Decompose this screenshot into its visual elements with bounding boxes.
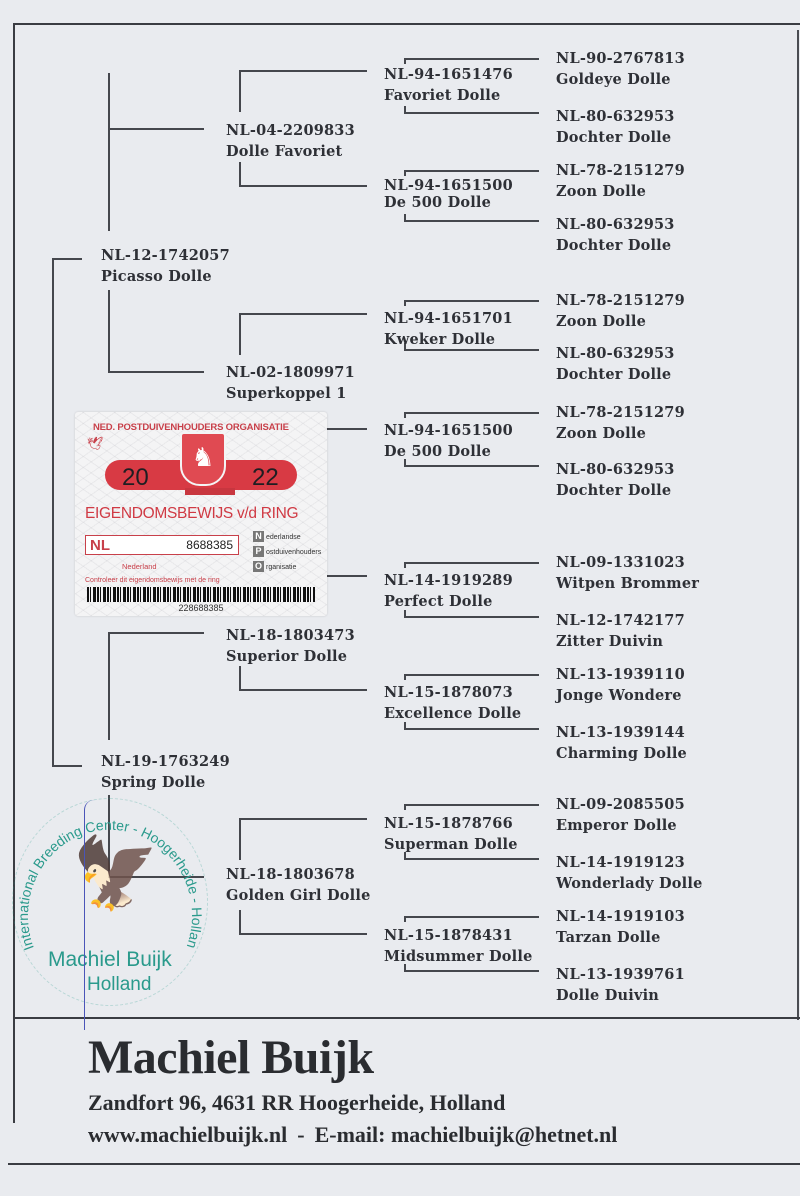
website-link[interactable]: www.machielbuijk.nl: [88, 1122, 287, 1147]
breeder-stamp: International Breeding Center - Hoogerhe…: [12, 798, 208, 1006]
pedigree-great-grandparent: NL-94-1651500 De 500 Dolle: [384, 177, 513, 211]
pedigree-ancestor: NL-13-1939110Jonge Wondere: [556, 664, 685, 706]
bird-name: Excellence Dolle: [384, 703, 521, 724]
ring-number: NL-94-1651476: [384, 64, 513, 85]
pedigree-ancestor: NL-78-2151279Zoon Dolle: [556, 402, 685, 444]
pedigree-great-grandparent: NL-15-1878766 Superman Dolle: [384, 813, 518, 855]
bird-name: Dochter Dolle: [556, 364, 675, 385]
contact-separator: -: [297, 1122, 304, 1147]
ring-number: NL-18-1803678: [226, 864, 371, 885]
pedigree-ancestor: NL-13-1939144Charming Dolle: [556, 722, 687, 764]
pedigree-ancestor: NL-80-632953Dochter Dolle: [556, 214, 675, 256]
connector-line: [404, 916, 406, 922]
npo-letter: N: [253, 531, 264, 542]
ring-number: NL-12-1742057: [101, 245, 230, 266]
bird-name: Tarzan Dolle: [556, 927, 685, 948]
connector-line: [239, 818, 367, 820]
bird-name: Jonge Wondere: [556, 685, 685, 706]
connector-line: [239, 313, 241, 355]
bird-name: Superior Dolle: [226, 646, 355, 667]
connector-line: [239, 666, 241, 690]
connector-line: [239, 818, 241, 860]
pedigree-ancestor: NL-80-632953Dochter Dolle: [556, 459, 675, 501]
connector-line: [239, 313, 367, 315]
connector-line: [404, 465, 539, 467]
ring-number: NL-02-1809971: [226, 362, 355, 383]
connector-line: [404, 170, 539, 172]
bird-name: Kweker Dolle: [384, 329, 513, 350]
ring-number: NL-78-2151279: [556, 290, 685, 311]
pedigree-ancestor: NL-90-2767813Goldeye Dolle: [556, 48, 685, 90]
connector-line: [404, 412, 539, 414]
bird-name: Zitter Duivin: [556, 631, 685, 652]
ring-number: NL-09-1331023: [556, 552, 699, 573]
ring-ownership-card: NED. POSTDUIVENHOUDERS ORGANISATIE 🕊 ♞ 2…: [75, 412, 327, 616]
pedigree-great-grandparent: NL-94-1651476 Favoriet Dolle: [384, 64, 513, 106]
bird-name: Superkoppel 1: [226, 383, 355, 404]
pedigree-ancestor: NL-09-2085505Emperor Dolle: [556, 794, 685, 836]
barcode-number: 228688385: [75, 603, 327, 613]
bird-name: Spring Dolle: [101, 772, 230, 793]
connector-line: [404, 112, 539, 114]
connector-line: [239, 910, 241, 934]
npo-text: ostduivenhouders: [266, 549, 321, 556]
connector-line: [404, 858, 539, 860]
bird-name: Dochter Dolle: [556, 127, 675, 148]
pedigree-ancestor: NL-78-2151279Zoon Dolle: [556, 290, 685, 332]
breeder-contact: www.machielbuijk.nl-E-mail: machielbuijk…: [88, 1122, 617, 1148]
pedigree-ancestor: NL-14-1919123Wonderlady Dolle: [556, 852, 703, 894]
card-ring-number: 8688385: [186, 538, 233, 552]
pedigree-great-grandparent: NL-15-1878073 Excellence Dolle: [384, 682, 521, 724]
bird-name: Witpen Brommer: [556, 573, 699, 594]
pedigree-ancestor: NL-80-632953Dochter Dolle: [556, 106, 675, 148]
npo-text: ederlandse: [266, 534, 301, 541]
npo-letter: O: [253, 561, 264, 572]
connector-line: [404, 300, 406, 306]
connector-line: [404, 804, 539, 806]
bird-name: Midsummer Dolle: [384, 946, 533, 967]
bird-name: Emperor Dolle: [556, 815, 685, 836]
bird-name: Dochter Dolle: [556, 235, 675, 256]
connector-line: [404, 300, 539, 302]
ring-number: NL-18-1803473: [226, 625, 355, 646]
connector-line: [404, 728, 539, 730]
pedigree-sire: NL-12-1742057 Picasso Dolle: [101, 245, 230, 287]
npo-line: Nederlandse: [253, 531, 301, 542]
bird-name: Dolle Duivin: [556, 985, 685, 1006]
breeder-name: Machiel Buijk: [88, 1030, 374, 1085]
frame-right-edge: [797, 30, 799, 1020]
pedigree-ancestor: NL-09-1331023Witpen Brommer: [556, 552, 699, 594]
ring-number: NL-19-1763249: [101, 751, 230, 772]
card-title: EIGENDOMSBEWIJS v/d RING: [85, 505, 298, 523]
ring-number: NL-94-1651500: [384, 177, 513, 194]
pedigree-great-grandparent: NL-14-1919289 Perfect Dolle: [384, 570, 513, 612]
footer-divider: [13, 1017, 800, 1019]
dove-icon: 🕊: [87, 436, 104, 452]
bird-name: Goldeye Dolle: [556, 69, 685, 90]
pedigree-ancestor: NL-80-632953Dochter Dolle: [556, 343, 675, 385]
lion-crest-icon: ♞: [180, 432, 226, 486]
bottom-divider: [8, 1163, 800, 1165]
connector-line: [239, 933, 367, 935]
bird-name: Superman Dolle: [384, 834, 518, 855]
connector-line: [239, 689, 367, 691]
ring-number: NL-80-632953: [556, 214, 675, 235]
barcode: [87, 587, 315, 602]
connector-line: [108, 632, 110, 740]
card-ring-box: NL 8688385: [85, 535, 239, 555]
ring-number: NL-94-1651500: [384, 420, 513, 441]
ring-number: NL-13-1939144: [556, 722, 687, 743]
bird-name: De 500 Dolle: [384, 441, 513, 462]
ring-number: NL-13-1939761: [556, 964, 685, 985]
npo-letter: P: [253, 546, 264, 557]
bird-name: Charming Dolle: [556, 743, 687, 764]
ring-number: NL-80-632953: [556, 459, 675, 480]
connector-line: [325, 575, 367, 577]
bird-name: De 500 Dolle: [384, 194, 513, 211]
connector-line: [404, 674, 406, 680]
bird-name: Zoon Dolle: [556, 311, 685, 332]
card-nederland-label: Nederland: [122, 562, 157, 571]
email-label: E-mail:: [315, 1122, 386, 1147]
pedigree-great-grandparent: NL-15-1878431 Midsummer Dolle: [384, 925, 533, 967]
connector-line: [108, 73, 110, 231]
card-country: NL: [90, 537, 110, 554]
connector-line: [325, 428, 367, 430]
ring-number: NL-14-1919103: [556, 906, 685, 927]
connector-line: [108, 128, 204, 130]
connector-line: [404, 170, 406, 176]
connector-line: [52, 258, 54, 766]
ring-number: NL-78-2151279: [556, 160, 685, 181]
connector-line: [404, 220, 539, 222]
connector-line: [404, 412, 406, 418]
npo-text: rganisatie: [266, 564, 296, 571]
connector-line: [239, 70, 367, 72]
pedigree-ancestor: NL-13-1939761Dolle Duivin: [556, 964, 685, 1006]
connector-line: [108, 632, 204, 634]
ring-number: NL-94-1651701: [384, 308, 513, 329]
bird-name: Dolle Favoriet: [226, 141, 355, 162]
ring-number: NL-13-1939110: [556, 664, 685, 685]
pedigree-great-grandparent: NL-94-1651500 De 500 Dolle: [384, 420, 513, 462]
ring-number: NL-80-632953: [556, 343, 675, 364]
pedigree-grandparent: NL-04-2209833 Dolle Favoriet: [226, 120, 355, 162]
breeder-address: Zandfort 96, 4631 RR Hoogerheide, Hollan…: [88, 1090, 505, 1116]
bird-name: Wonderlady Dolle: [556, 873, 703, 894]
bird-name: Favoriet Dolle: [384, 85, 513, 106]
connector-line: [404, 916, 539, 918]
card-year-right: 22: [252, 464, 279, 492]
ring-number: NL-15-1878431: [384, 925, 533, 946]
connector-line: [404, 562, 539, 564]
card-check-text: Controleer dit eigendomsbewijs met de ri…: [85, 577, 220, 584]
bird-name: Golden Girl Dolle: [226, 885, 371, 906]
ring-number: NL-80-632953: [556, 106, 675, 127]
ring-number: NL-14-1919289: [384, 570, 513, 591]
connector-line: [404, 58, 539, 60]
ring-number: NL-78-2151279: [556, 402, 685, 423]
bird-name: Picasso Dolle: [101, 266, 230, 287]
pedigree-grandparent: NL-18-1803678 Golden Girl Dolle: [226, 864, 371, 906]
pedigree-ancestor: NL-78-2151279Zoon Dolle: [556, 160, 685, 202]
bird-name: Perfect Dolle: [384, 591, 513, 612]
bird-name: Zoon Dolle: [556, 181, 685, 202]
connector-line: [52, 258, 82, 260]
card-year-left: 20: [122, 464, 149, 492]
email-link[interactable]: machielbuijk@hetnet.nl: [391, 1122, 617, 1147]
connector-line: [239, 70, 241, 112]
ring-number: NL-15-1878073: [384, 682, 521, 703]
ring-number: NL-09-2085505: [556, 794, 685, 815]
pedigree-dam: NL-19-1763249 Spring Dolle: [101, 751, 230, 793]
connector-line: [404, 106, 406, 112]
card-ribbon: [185, 488, 235, 495]
npo-line: Postduivenhouders: [253, 546, 321, 557]
ring-number: NL-12-1742177: [556, 610, 685, 631]
connector-line: [108, 290, 110, 372]
pedigree-great-grandparent: NL-94-1651701 Kweker Dolle: [384, 308, 513, 350]
stamp-name: Machiel Buijk: [48, 948, 172, 972]
ring-number: NL-90-2767813: [556, 48, 685, 69]
bird-name: Dochter Dolle: [556, 480, 675, 501]
connector-line: [108, 371, 204, 373]
connector-line: [404, 214, 406, 220]
connector-line: [404, 562, 406, 568]
connector-line: [239, 185, 367, 187]
connector-line: [239, 162, 241, 186]
pedigree-grandparent: NL-02-1809971 Superkoppel 1: [226, 362, 355, 404]
connector-line: [404, 616, 539, 618]
ring-number: NL-14-1919123: [556, 852, 703, 873]
connector-line: [52, 765, 82, 767]
pedigree-grandparent: NL-18-1803473 Superior Dolle: [226, 625, 355, 667]
connector-line: [404, 804, 406, 810]
npo-line: Organisatie: [253, 561, 296, 572]
ring-number: NL-04-2209833: [226, 120, 355, 141]
bird-name: Zoon Dolle: [556, 423, 685, 444]
signature: [84, 800, 101, 1030]
pedigree-ancestor: NL-12-1742177Zitter Duivin: [556, 610, 685, 652]
connector-line: [404, 970, 539, 972]
pedigree-ancestor: NL-14-1919103Tarzan Dolle: [556, 906, 685, 948]
ring-number: NL-15-1878766: [384, 813, 518, 834]
connector-line: [404, 674, 539, 676]
